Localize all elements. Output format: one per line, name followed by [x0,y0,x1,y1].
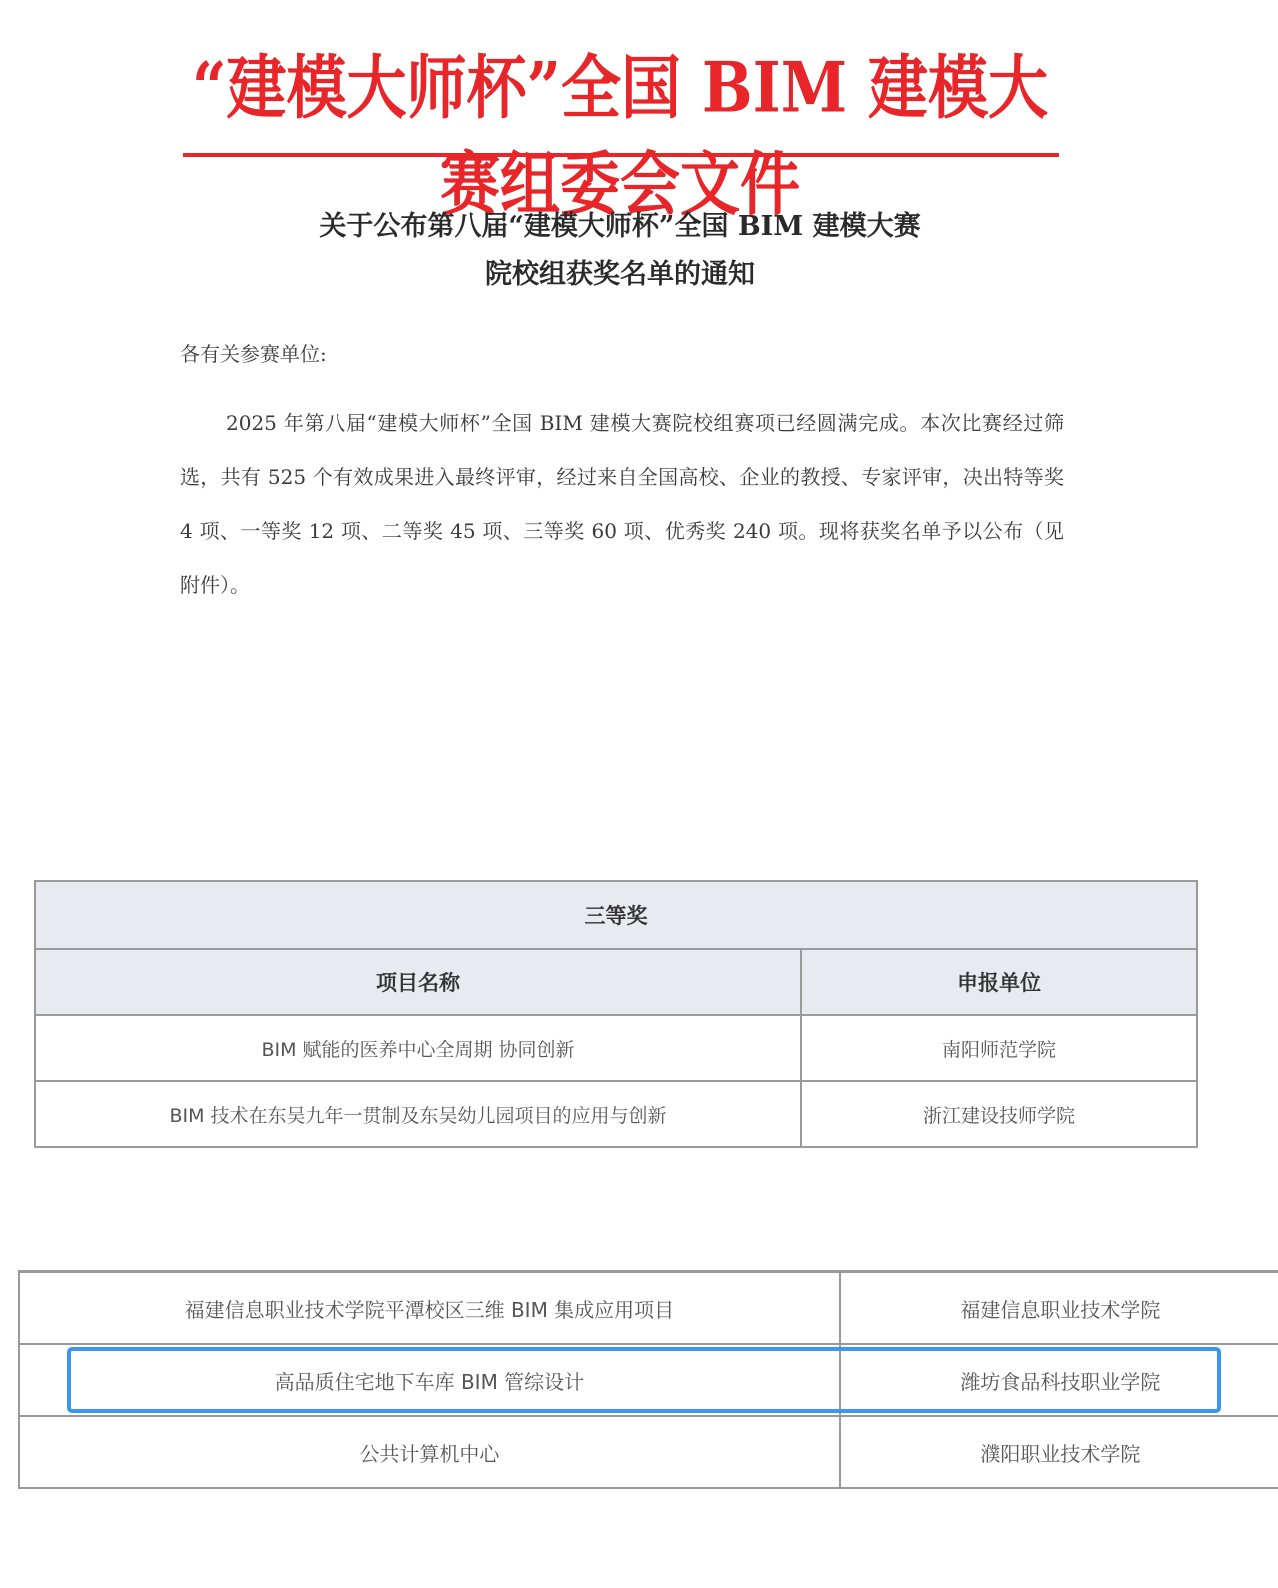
table-row: 福建信息职业技术学院平潭校区三维 BIM 集成应用项目 福建信息职业技术学院 [19,1272,1278,1345]
project-name-cell: BIM 赋能的医养中心全周期 协同创新 [35,1015,801,1081]
table-caption: 三等奖 [35,881,1197,949]
third-prize-table: 三等奖 项目名称 申报单位 BIM 赋能的医养中心全周期 协同创新 南阳师范学院… [34,880,1198,1148]
notice-title-line2: 院校组获奖名单的通知 [260,251,980,299]
table-row-highlighted: 高品质住宅地下车库 BIM 管综设计 潍坊食品科技职业学院 [19,1344,1278,1416]
notice-body: 2025 年第八届“建模大师杯”全国 BIM 建模大赛院校组赛项已经圆满完成。本… [180,396,1064,612]
red-divider [183,153,1059,157]
third-prize-table-continued: 福建信息职业技术学院平潭校区三维 BIM 集成应用项目 福建信息职业技术学院 高… [18,1270,1278,1489]
notice-title: 关于公布第八届“建模大师杯”全国 BIM 建模大赛 院校组获奖名单的通知 [260,203,980,299]
notice-title-line1: 关于公布第八届“建模大师杯”全国 BIM 建模大赛 [260,203,980,251]
salutation: 各有关参赛单位: [180,338,327,367]
table-row: BIM 技术在东吴九年一贯制及东吴幼儿园项目的应用与创新 浙江建设技师学院 [35,1081,1197,1147]
unit-cell: 南阳师范学院 [801,1015,1197,1081]
table-row: 公共计算机中心 濮阳职业技术学院 [19,1416,1278,1488]
column-header-unit: 申报单位 [801,949,1197,1015]
unit-cell: 福建信息职业技术学院 [840,1272,1278,1345]
table-row: BIM 赋能的医养中心全周期 协同创新 南阳师范学院 [35,1015,1197,1081]
project-name-cell: BIM 技术在东吴九年一贯制及东吴幼儿园项目的应用与创新 [35,1081,801,1147]
unit-cell: 潍坊食品科技职业学院 [840,1344,1278,1416]
unit-cell: 濮阳职业技术学院 [840,1416,1278,1488]
project-name-cell: 福建信息职业技术学院平潭校区三维 BIM 集成应用项目 [19,1272,840,1345]
project-name-cell: 公共计算机中心 [19,1416,840,1488]
unit-cell: 浙江建设技师学院 [801,1081,1197,1147]
column-header-project: 项目名称 [35,949,801,1015]
project-name-cell: 高品质住宅地下车库 BIM 管综设计 [19,1344,840,1416]
